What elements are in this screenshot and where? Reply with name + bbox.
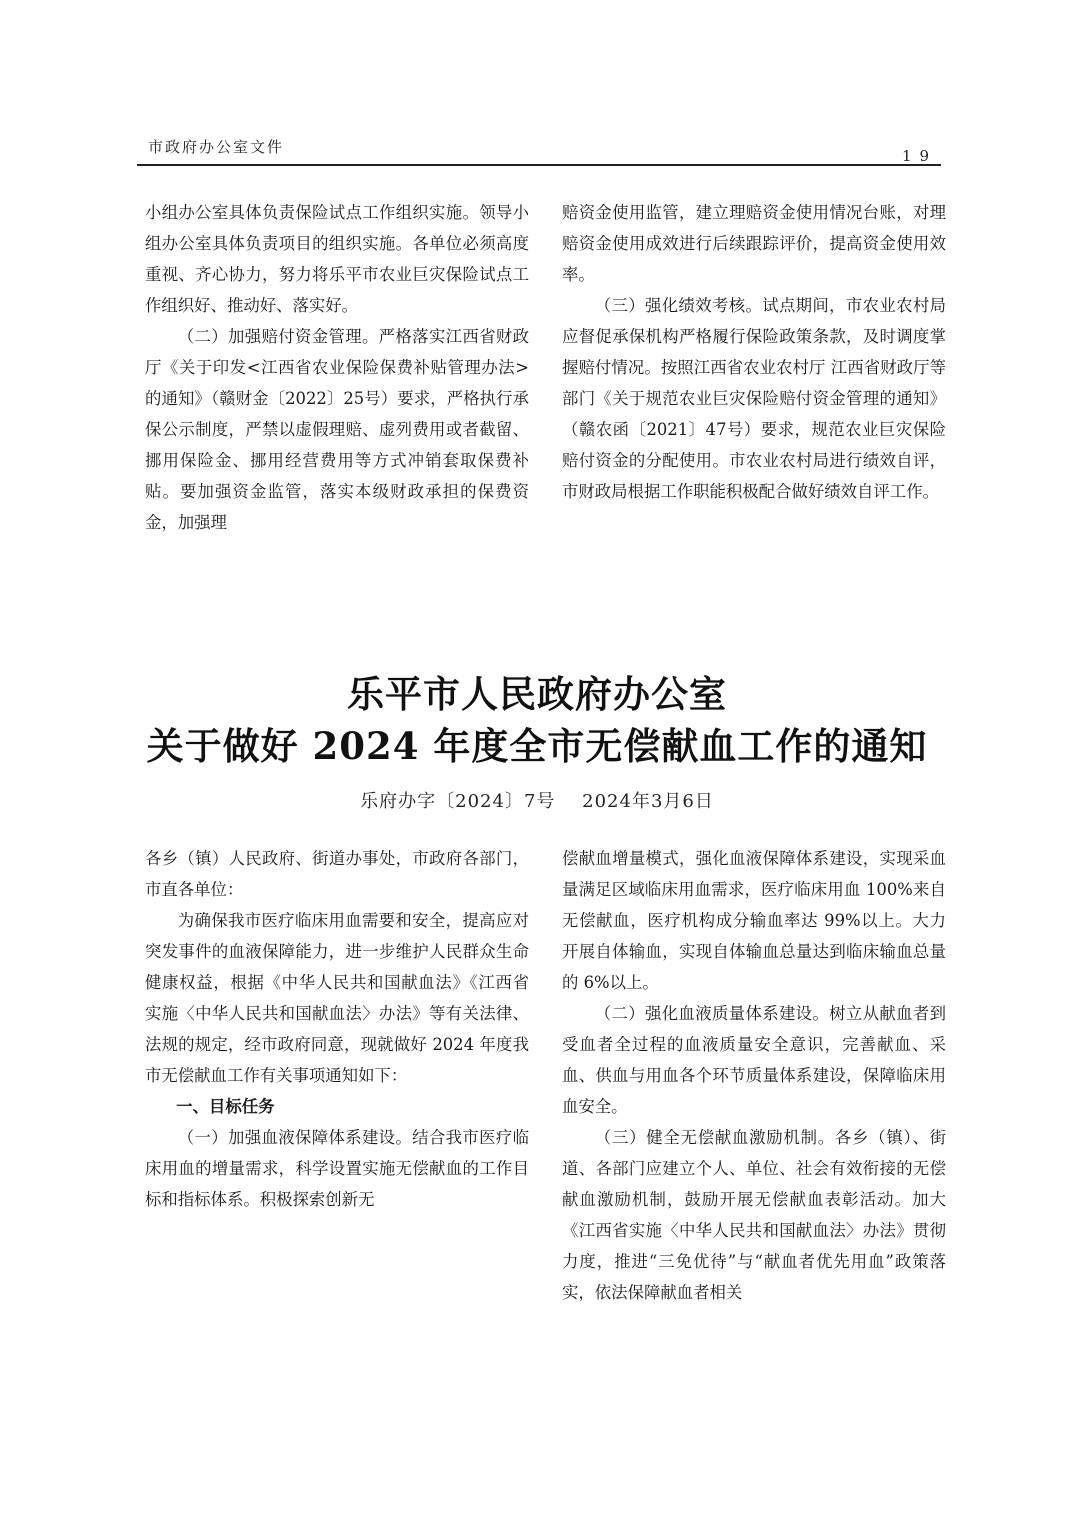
paragraph: （三）强化绩效考核。试点期间，市农业农村局应督促承保机构严格履行保险政策条款，及… — [562, 290, 946, 507]
paragraph: 为确保我市医疗临床用血需要和安全，提高应对突发事件的血液保障能力，进一步维护人民… — [145, 905, 529, 1091]
paragraph: 小组办公室具体负责保险试点工作组织实施。领导小组办公室具体负责项目的组织实施。各… — [145, 197, 529, 321]
prev-article-right-column: 赔资金使用监管，建立理赔资金使用情况台账，对理赔资金使用成效进行后续跟踪评价，提… — [562, 197, 946, 507]
section-heading: 一、目标任务 — [145, 1091, 529, 1122]
prev-article-left-column: 小组办公室具体负责保险试点工作组织实施。领导小组办公室具体负责项目的组织实施。各… — [145, 197, 529, 538]
paragraph: （三）健全无偿献血激励机制。各乡（镇）、街道、各部门应建立个人、单位、社会有效衔… — [562, 1122, 946, 1308]
notice-left-column: 各乡（镇）人民政府、街道办事处，市政府各部门，市直各单位： 为确保我市医疗临床用… — [145, 843, 529, 1215]
paragraph: （二）强化血液质量体系建设。树立从献血者到受血者全过程的血液质量安全意识，完善献… — [562, 998, 946, 1122]
paragraph: 赔资金使用监管，建立理赔资金使用情况台账，对理赔资金使用成效进行后续跟踪评价，提… — [562, 197, 946, 290]
running-header-title: 市政府办公室文件 — [148, 136, 284, 157]
notice-title-line2: 关于做好 2024 年度全市无偿献血工作的通知 — [0, 716, 1074, 770]
doc-number: 乐府办字〔2024〕7号 — [360, 791, 555, 812]
doc-date: 2024年3月6日 — [582, 791, 714, 812]
paragraph: （二）加强赔付资金管理。严格落实江西省财政厅《关于印发<江西省农业保险保费补贴管… — [145, 321, 529, 538]
salutation: 各乡（镇）人民政府、街道办事处，市政府各部门，市直各单位： — [145, 843, 529, 905]
paragraph: 偿献血增量模式，强化血液保障体系建设，实现采血量满足区域临床用血需求，医疗临床用… — [562, 843, 946, 998]
notice-title-line1: 乐平市人民政府办公室 — [0, 664, 1074, 718]
paragraph: （一）加强血液保障体系建设。结合我市医疗临床用血的增量需求，科学设置实施无偿献血… — [145, 1122, 529, 1215]
header-divider — [137, 164, 941, 166]
notice-right-column: 偿献血增量模式，强化血液保障体系建设，实现采血量满足区域临床用血需求，医疗临床用… — [562, 843, 946, 1308]
notice-doc-info: 乐府办字〔2024〕7号 2024年3月6日 — [0, 787, 1074, 813]
page-number: 19 — [902, 147, 937, 165]
